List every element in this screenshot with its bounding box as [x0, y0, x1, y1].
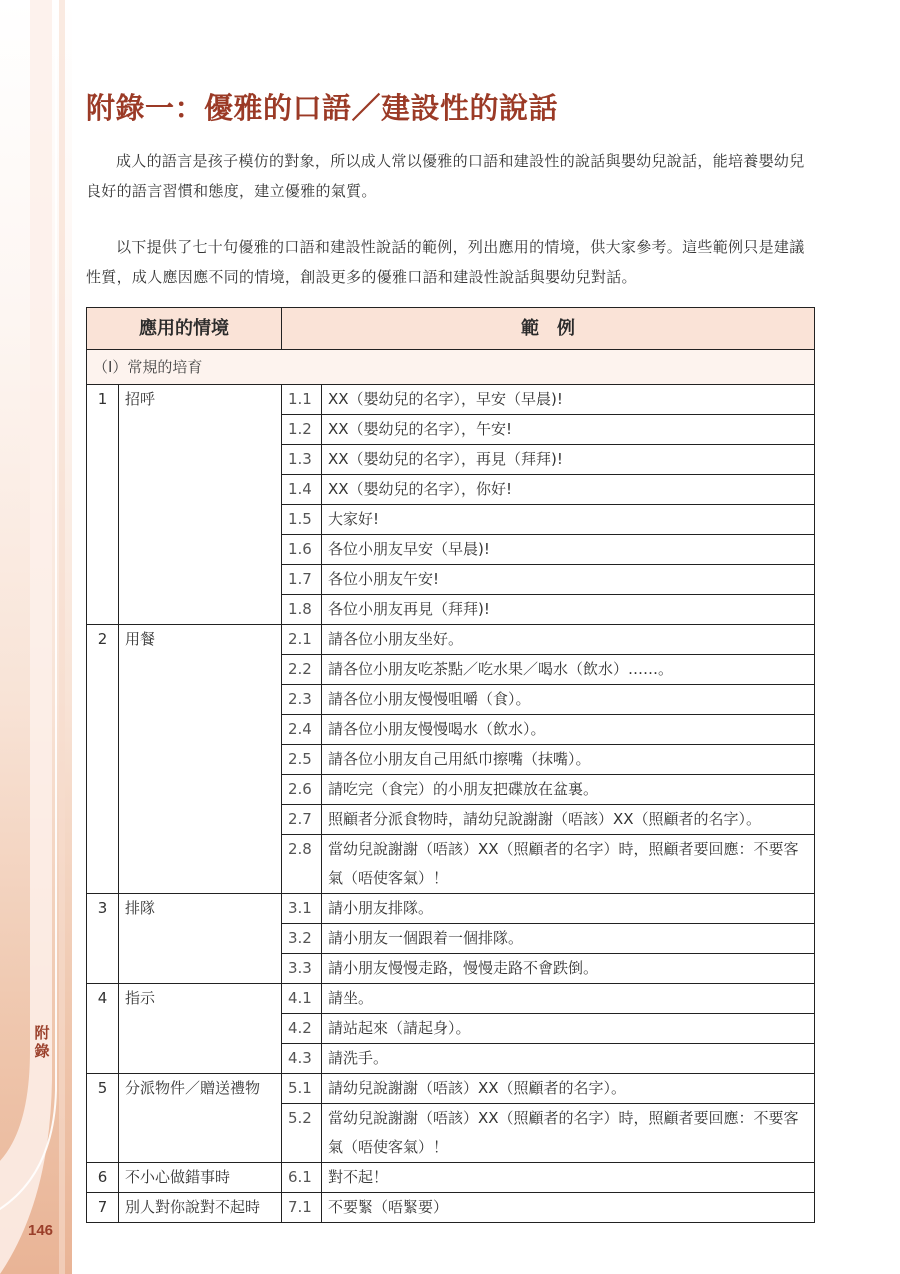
section-row: （I）常規的培育	[87, 350, 815, 385]
example-id: 1.4	[282, 475, 322, 505]
example-text: 當幼兒說謝謝（唔該）XX（照顧者的名字）時，照顧者要回應：不要客氣（唔使客氣）！	[322, 1104, 815, 1163]
group-situation: 招呼	[119, 385, 282, 625]
example-id: 4.1	[282, 984, 322, 1014]
group-number: 1	[87, 385, 119, 625]
group-situation: 用餐	[119, 625, 282, 894]
table-row: 4指示4.1請坐。	[87, 984, 815, 1014]
table-row: 1招呼1.1XX（嬰幼兒的名字），早安（早晨)!	[87, 385, 815, 415]
example-id: 1.3	[282, 445, 322, 475]
example-id: 2.1	[282, 625, 322, 655]
group-number: 6	[87, 1163, 119, 1193]
example-id: 2.7	[282, 805, 322, 835]
example-text: 請各位小朋友慢慢咀嚼（食）。	[322, 685, 815, 715]
example-id: 1.6	[282, 535, 322, 565]
example-id: 1.2	[282, 415, 322, 445]
side-label-char-1: 附	[30, 1024, 54, 1042]
example-id: 3.3	[282, 954, 322, 984]
example-text: XX（嬰幼兒的名字），你好!	[322, 475, 815, 505]
example-id: 5.1	[282, 1074, 322, 1104]
page-title: 附錄一：優雅的口語／建設性的說話	[86, 86, 558, 127]
example-text: XX（嬰幼兒的名字），午安!	[322, 415, 815, 445]
example-id: 3.1	[282, 894, 322, 924]
table-row: 3排隊3.1請小朋友排隊。	[87, 894, 815, 924]
example-text: 當幼兒說謝謝（唔該）XX（照顧者的名字）時，照顧者要回應：不要客氣（唔使客氣）！	[322, 835, 815, 894]
example-id: 2.4	[282, 715, 322, 745]
example-id: 1.5	[282, 505, 322, 535]
example-id: 2.3	[282, 685, 322, 715]
header-example: 範 例	[282, 308, 815, 350]
example-text: 請坐。	[322, 984, 815, 1014]
table-row: 5分派物件／贈送禮物5.1請幼兒說謝謝（唔該）XX（照顧者的名字）。	[87, 1074, 815, 1104]
curve-ornament-icon	[0, 0, 72, 1274]
examples-table: 應用的情境 範 例 （I）常規的培育 1招呼1.1XX（嬰幼兒的名字），早安（早…	[86, 307, 815, 1223]
side-label-char-2: 錄	[30, 1042, 54, 1060]
example-id: 2.8	[282, 835, 322, 894]
example-text: 各位小朋友午安!	[322, 565, 815, 595]
example-id: 1.8	[282, 595, 322, 625]
header-situation: 應用的情境	[87, 308, 282, 350]
group-number: 5	[87, 1074, 119, 1163]
side-decoration-band: 附 錄 146	[0, 0, 72, 1274]
example-id: 5.2	[282, 1104, 322, 1163]
example-text: 不要緊（唔緊要）	[322, 1193, 815, 1223]
example-text: 各位小朋友早安（早晨)!	[322, 535, 815, 565]
intro-paragraph-2: 以下提供了七十句優雅的口語和建設性說話的範例，列出應用的情境，供大家參考。這些範…	[86, 232, 818, 292]
example-id: 6.1	[282, 1163, 322, 1193]
group-situation: 分派物件／贈送禮物	[119, 1074, 282, 1163]
example-id: 1.7	[282, 565, 322, 595]
example-text: 請各位小朋友坐好。	[322, 625, 815, 655]
page-number: 146	[28, 1222, 53, 1239]
example-text: XX（嬰幼兒的名字），早安（早晨)!	[322, 385, 815, 415]
example-text: 請幼兒說謝謝（唔該）XX（照顧者的名字）。	[322, 1074, 815, 1104]
example-id: 4.3	[282, 1044, 322, 1074]
example-id: 2.6	[282, 775, 322, 805]
appendix-side-label: 附 錄	[30, 1024, 54, 1060]
example-text: 對不起！	[322, 1163, 815, 1193]
group-number: 7	[87, 1193, 119, 1223]
group-number: 4	[87, 984, 119, 1074]
table-row: 2用餐2.1請各位小朋友坐好。	[87, 625, 815, 655]
example-text: 請小朋友一個跟着一個排隊。	[322, 924, 815, 954]
example-text: 照顧者分派食物時，請幼兒說謝謝（唔該）XX（照顧者的名字）。	[322, 805, 815, 835]
example-id: 4.2	[282, 1014, 322, 1044]
table-header-row: 應用的情境 範 例	[87, 308, 815, 350]
example-text: 請小朋友排隊。	[322, 894, 815, 924]
example-id: 2.5	[282, 745, 322, 775]
group-number: 3	[87, 894, 119, 984]
group-situation: 排隊	[119, 894, 282, 984]
example-text: 各位小朋友再見（拜拜)!	[322, 595, 815, 625]
group-situation: 別人對你說對不起時	[119, 1193, 282, 1223]
example-text: XX（嬰幼兒的名字），再見（拜拜)!	[322, 445, 815, 475]
group-number: 2	[87, 625, 119, 894]
example-text: 請小朋友慢慢走路，慢慢走路不會跌倒。	[322, 954, 815, 984]
example-id: 7.1	[282, 1193, 322, 1223]
table-row: 7別人對你說對不起時7.1不要緊（唔緊要）	[87, 1193, 815, 1223]
example-text: 請洗手。	[322, 1044, 815, 1074]
table-row: 6不小心做錯事時6.1對不起！	[87, 1163, 815, 1193]
section-title: （I）常規的培育	[87, 350, 815, 385]
example-text: 請各位小朋友自己用紙巾擦嘴（抹嘴）。	[322, 745, 815, 775]
example-text: 請站起來（請起身）。	[322, 1014, 815, 1044]
intro-paragraph-1: 成人的語言是孩子模仿的對象，所以成人常以優雅的口語和建設性的說話與嬰幼兒說話，能…	[86, 146, 818, 206]
example-text: 大家好!	[322, 505, 815, 535]
group-situation: 不小心做錯事時	[119, 1163, 282, 1193]
example-text: 請吃完（食完）的小朋友把碟放在盆裏。	[322, 775, 815, 805]
example-id: 3.2	[282, 924, 322, 954]
example-id: 1.1	[282, 385, 322, 415]
example-text: 請各位小朋友吃茶點／吃水果／喝水（飲水）……。	[322, 655, 815, 685]
example-id: 2.2	[282, 655, 322, 685]
example-text: 請各位小朋友慢慢喝水（飲水）。	[322, 715, 815, 745]
group-situation: 指示	[119, 984, 282, 1074]
